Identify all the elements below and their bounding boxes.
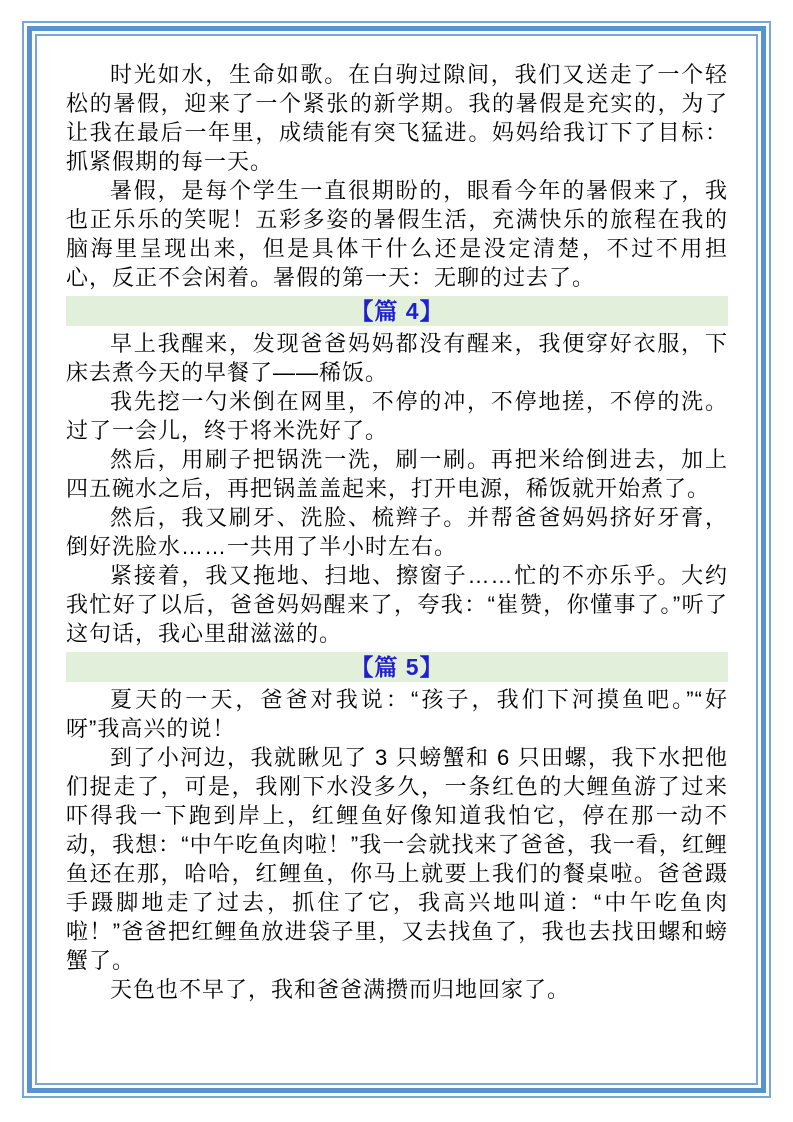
paragraph-s4-1: 早上我醒来，发现爸爸妈妈都没有醒来，我便穿好衣服，下床去煮今天的早餐了——稀饭。 bbox=[66, 329, 728, 387]
paragraph-s5-1: 夏天的一天，爸爸对我说：“孩子，我们下河摸鱼吧。”“好呀”我高兴的说！ bbox=[66, 685, 728, 743]
paragraph-intro-1: 时光如水，生命如歌。在白驹过隙间，我们又送走了一个轻松的暑假，迎来了一个紧张的新… bbox=[66, 60, 728, 176]
section-header-pian-5: 【篇 5】 bbox=[66, 652, 728, 682]
page-content: 时光如水，生命如歌。在白驹过隙间，我们又送走了一个轻松的暑假，迎来了一个紧张的新… bbox=[66, 60, 728, 1004]
paragraph-s5-3: 天色也不早了，我和爸爸满攒而归地回家了。 bbox=[66, 975, 728, 1004]
paragraph-s5-2: 到了小河边，我就瞅见了 3 只螃蟹和 6 只田螺，我下水把他们捉走了，可是，我刚… bbox=[66, 743, 728, 975]
paragraph-s4-3: 然后，用刷子把锅洗一洗，刷一刷。再把米给倒进去，加上四五碗水之后，再把锅盖盖起来… bbox=[66, 445, 728, 503]
section-header-pian-4: 【篇 4】 bbox=[66, 296, 728, 326]
paragraph-s4-4: 然后，我又刷牙、洗脸、梳辫子。并帮爸爸妈妈挤好牙膏，倒好洗脸水……一共用了半小时… bbox=[66, 503, 728, 561]
paragraph-s4-2: 我先挖一勺米倒在网里，不停的冲，不停地搓，不停的洗。过了一会儿，终于将米洗好了。 bbox=[66, 387, 728, 445]
paragraph-intro-2: 暑假，是每个学生一直很期盼的，眼看今年的暑假来了，我也正乐乐的笑呢！五彩多姿的暑… bbox=[66, 176, 728, 292]
paragraph-s4-5: 紧接着，我又拖地、扫地、擦窗子……忙的不亦乐乎。大约我忙好了以后，爸爸妈妈醒来了… bbox=[66, 561, 728, 648]
document-page: 时光如水，生命如歌。在白驹过隙间，我们又送走了一个轻松的暑假，迎来了一个紧张的新… bbox=[0, 0, 793, 1122]
